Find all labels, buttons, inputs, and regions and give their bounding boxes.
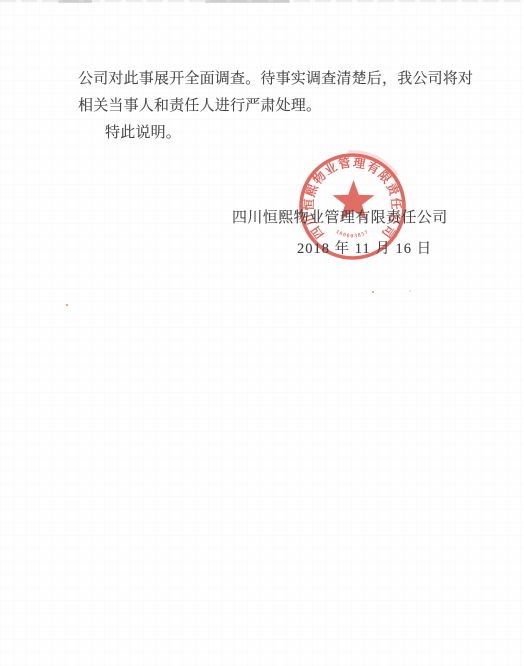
body-line-2: 相关当事人和责任人进行严肃处理。 [78,97,321,116]
scan-speck [372,291,374,293]
signature-company-name: 四川恒熙物业管理有限责任公司 [232,206,448,227]
body-line-1: 公司对此事展开全面调查。待事实调查清楚后，我公司将对 [78,70,473,89]
scan-smudge [205,0,290,3]
scan-speck [66,304,68,306]
document-page: 四川恒熙物业管理有限责任公司 100003857 公司对此事展开全面调查。待事实… [0,0,524,666]
scan-smudge [58,0,92,3]
scan-speck [409,290,411,292]
signature-date: 2018 年 11 月 16 日 [297,237,432,258]
body-line-3: 特此说明。 [105,124,181,143]
